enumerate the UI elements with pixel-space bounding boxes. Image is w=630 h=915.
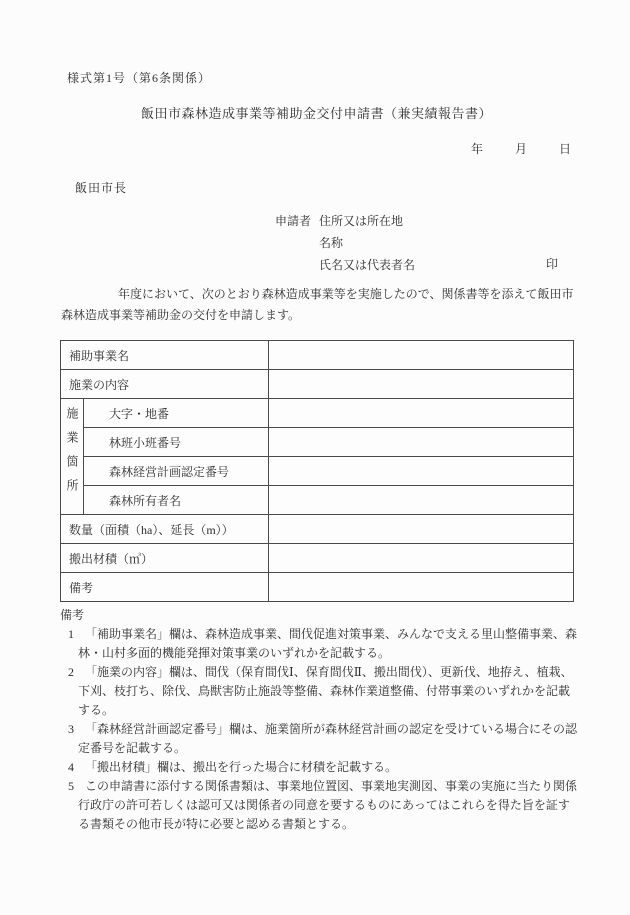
table-value-forest-plan-cert-number[interactable]: [269, 457, 574, 486]
table-value-compartment-number[interactable]: [269, 428, 574, 457]
note-item-4: 4「搬出材積」欄は、搬出を行った場合に材積を記載する。: [60, 758, 578, 777]
application-table: 補助事業名 施業の内容 施業箇所 大字・地番 林班小班番号 森林経営計画認定番号…: [60, 340, 574, 602]
note-text: 「補助事業名」欄は、森林造成事業、間伐促進対策事業、みんなで支える里山整備事業、…: [78, 627, 577, 660]
table-label-quantity: 数量（面積（ha）、延長（m））: [61, 515, 269, 544]
table-value-work-content[interactable]: [269, 370, 574, 399]
table-value-subsidy-project-name[interactable]: [269, 341, 574, 370]
table-label-oaza-lot-number: 大字・地番: [84, 399, 269, 428]
addressee-mayor: 飯田市長: [75, 179, 127, 196]
table-value-oaza-lot-number[interactable]: [269, 399, 574, 428]
note-item-1: 1「補助事業名」欄は、森林造成事業、間伐促進対策事業、みんなで支える里山整備事業…: [60, 625, 578, 663]
seal-mark: 印: [546, 255, 558, 272]
table-label-compartment-number: 林班小班番号: [84, 428, 269, 457]
table-value-remarks[interactable]: [269, 573, 574, 602]
date-line: 年 月 日: [471, 140, 571, 157]
note-text: 「森林経営計画認定番号」欄は、施業箇所が森林経営計画の認定を受けている場合にその…: [78, 722, 577, 755]
table-label-forest-owner-name: 森林所有者名: [84, 486, 269, 515]
notes-section: 備考 1「補助事業名」欄は、森林造成事業、間伐促進対策事業、みんなで支える里山整…: [60, 606, 578, 834]
work-site-vertical-label: 施業箇所: [66, 407, 78, 503]
applicant-representative-label: 氏名又は代表者名: [319, 254, 415, 276]
table-label-remarks: 備考: [61, 573, 269, 602]
applicant-block: 申請者 住所又は所在地 名称 氏名又は代表者名: [275, 210, 415, 276]
table-row: 施業箇所 大字・地番: [61, 399, 574, 428]
table-row: 補助事業名: [61, 341, 574, 370]
table-value-removed-timber-volume[interactable]: [269, 544, 574, 573]
table-value-forest-owner-name[interactable]: [269, 486, 574, 515]
table-row: 林班小班番号: [61, 428, 574, 457]
date-day-label: 日: [559, 140, 571, 157]
date-month-label: 月: [515, 140, 527, 157]
table-group-work-site: 施業箇所: [61, 399, 84, 515]
note-item-5: 5この申請書に添付する関係書類は、事業地位置図、事業地実測図、事業の実施に当たり…: [60, 777, 578, 834]
notes-heading: 備考: [60, 606, 578, 625]
table-row: 備考: [61, 573, 574, 602]
note-text: 「搬出材積」欄は、搬出を行った場合に材積を記載する。: [85, 760, 397, 774]
table-row: 搬出材積（㎥）: [61, 544, 574, 573]
table-value-quantity[interactable]: [269, 515, 574, 544]
table-row: 森林所有者名: [61, 486, 574, 515]
applicant-address-label: 住所又は所在地: [319, 210, 415, 232]
table-label-removed-timber-volume: 搬出材積（㎥）: [61, 544, 269, 573]
note-number: 3: [68, 722, 74, 736]
note-number: 5: [68, 779, 74, 793]
note-number: 4: [68, 760, 74, 774]
applicant-fields: 住所又は所在地 名称 氏名又は代表者名: [319, 210, 415, 276]
note-number: 1: [68, 627, 74, 641]
applicant-label: 申請者: [275, 210, 311, 276]
application-form-page: 様式第1号（第6条関係） 飯田市森林造成事業等補助金交付申請書（兼実績報告書） …: [0, 0, 630, 915]
table-label-forest-plan-cert-number: 森林経営計画認定番号: [84, 457, 269, 486]
note-item-3: 3「森林経営計画認定番号」欄は、施業箇所が森林経営計画の認定を受けている場合にそ…: [60, 720, 578, 758]
note-text: この申請書に添付する関係書類は、事業地位置図、事業地実測図、事業の実施に当たり関…: [78, 779, 577, 831]
note-item-2: 2「施業の内容」欄は、間伐（保育間伐Ⅰ、保育間伐Ⅱ、搬出間伐）、更新伐、地拵え、…: [60, 663, 578, 720]
page-title: 飯田市森林造成事業等補助金交付申請書（兼実績報告書）: [60, 103, 573, 122]
intro-paragraph: 年度において、次のとおり森林造成事業等を実施したので、関係書等を添えて飯田市森林…: [61, 284, 575, 326]
note-text: 「施業の内容」欄は、間伐（保育間伐Ⅰ、保育間伐Ⅱ、搬出間伐）、更新伐、地拵え、植…: [78, 665, 573, 717]
table-label-work-content: 施業の内容: [61, 370, 269, 399]
date-year-label: 年: [471, 140, 483, 157]
table-row: 施業の内容: [61, 370, 574, 399]
table-label-subsidy-project-name: 補助事業名: [61, 341, 269, 370]
note-number: 2: [68, 665, 74, 679]
form-number: 様式第1号（第6条関係）: [67, 69, 211, 86]
table-row: 森林経営計画認定番号: [61, 457, 574, 486]
applicant-name-label: 名称: [319, 232, 415, 254]
table-row: 数量（面積（ha）、延長（m））: [61, 515, 574, 544]
